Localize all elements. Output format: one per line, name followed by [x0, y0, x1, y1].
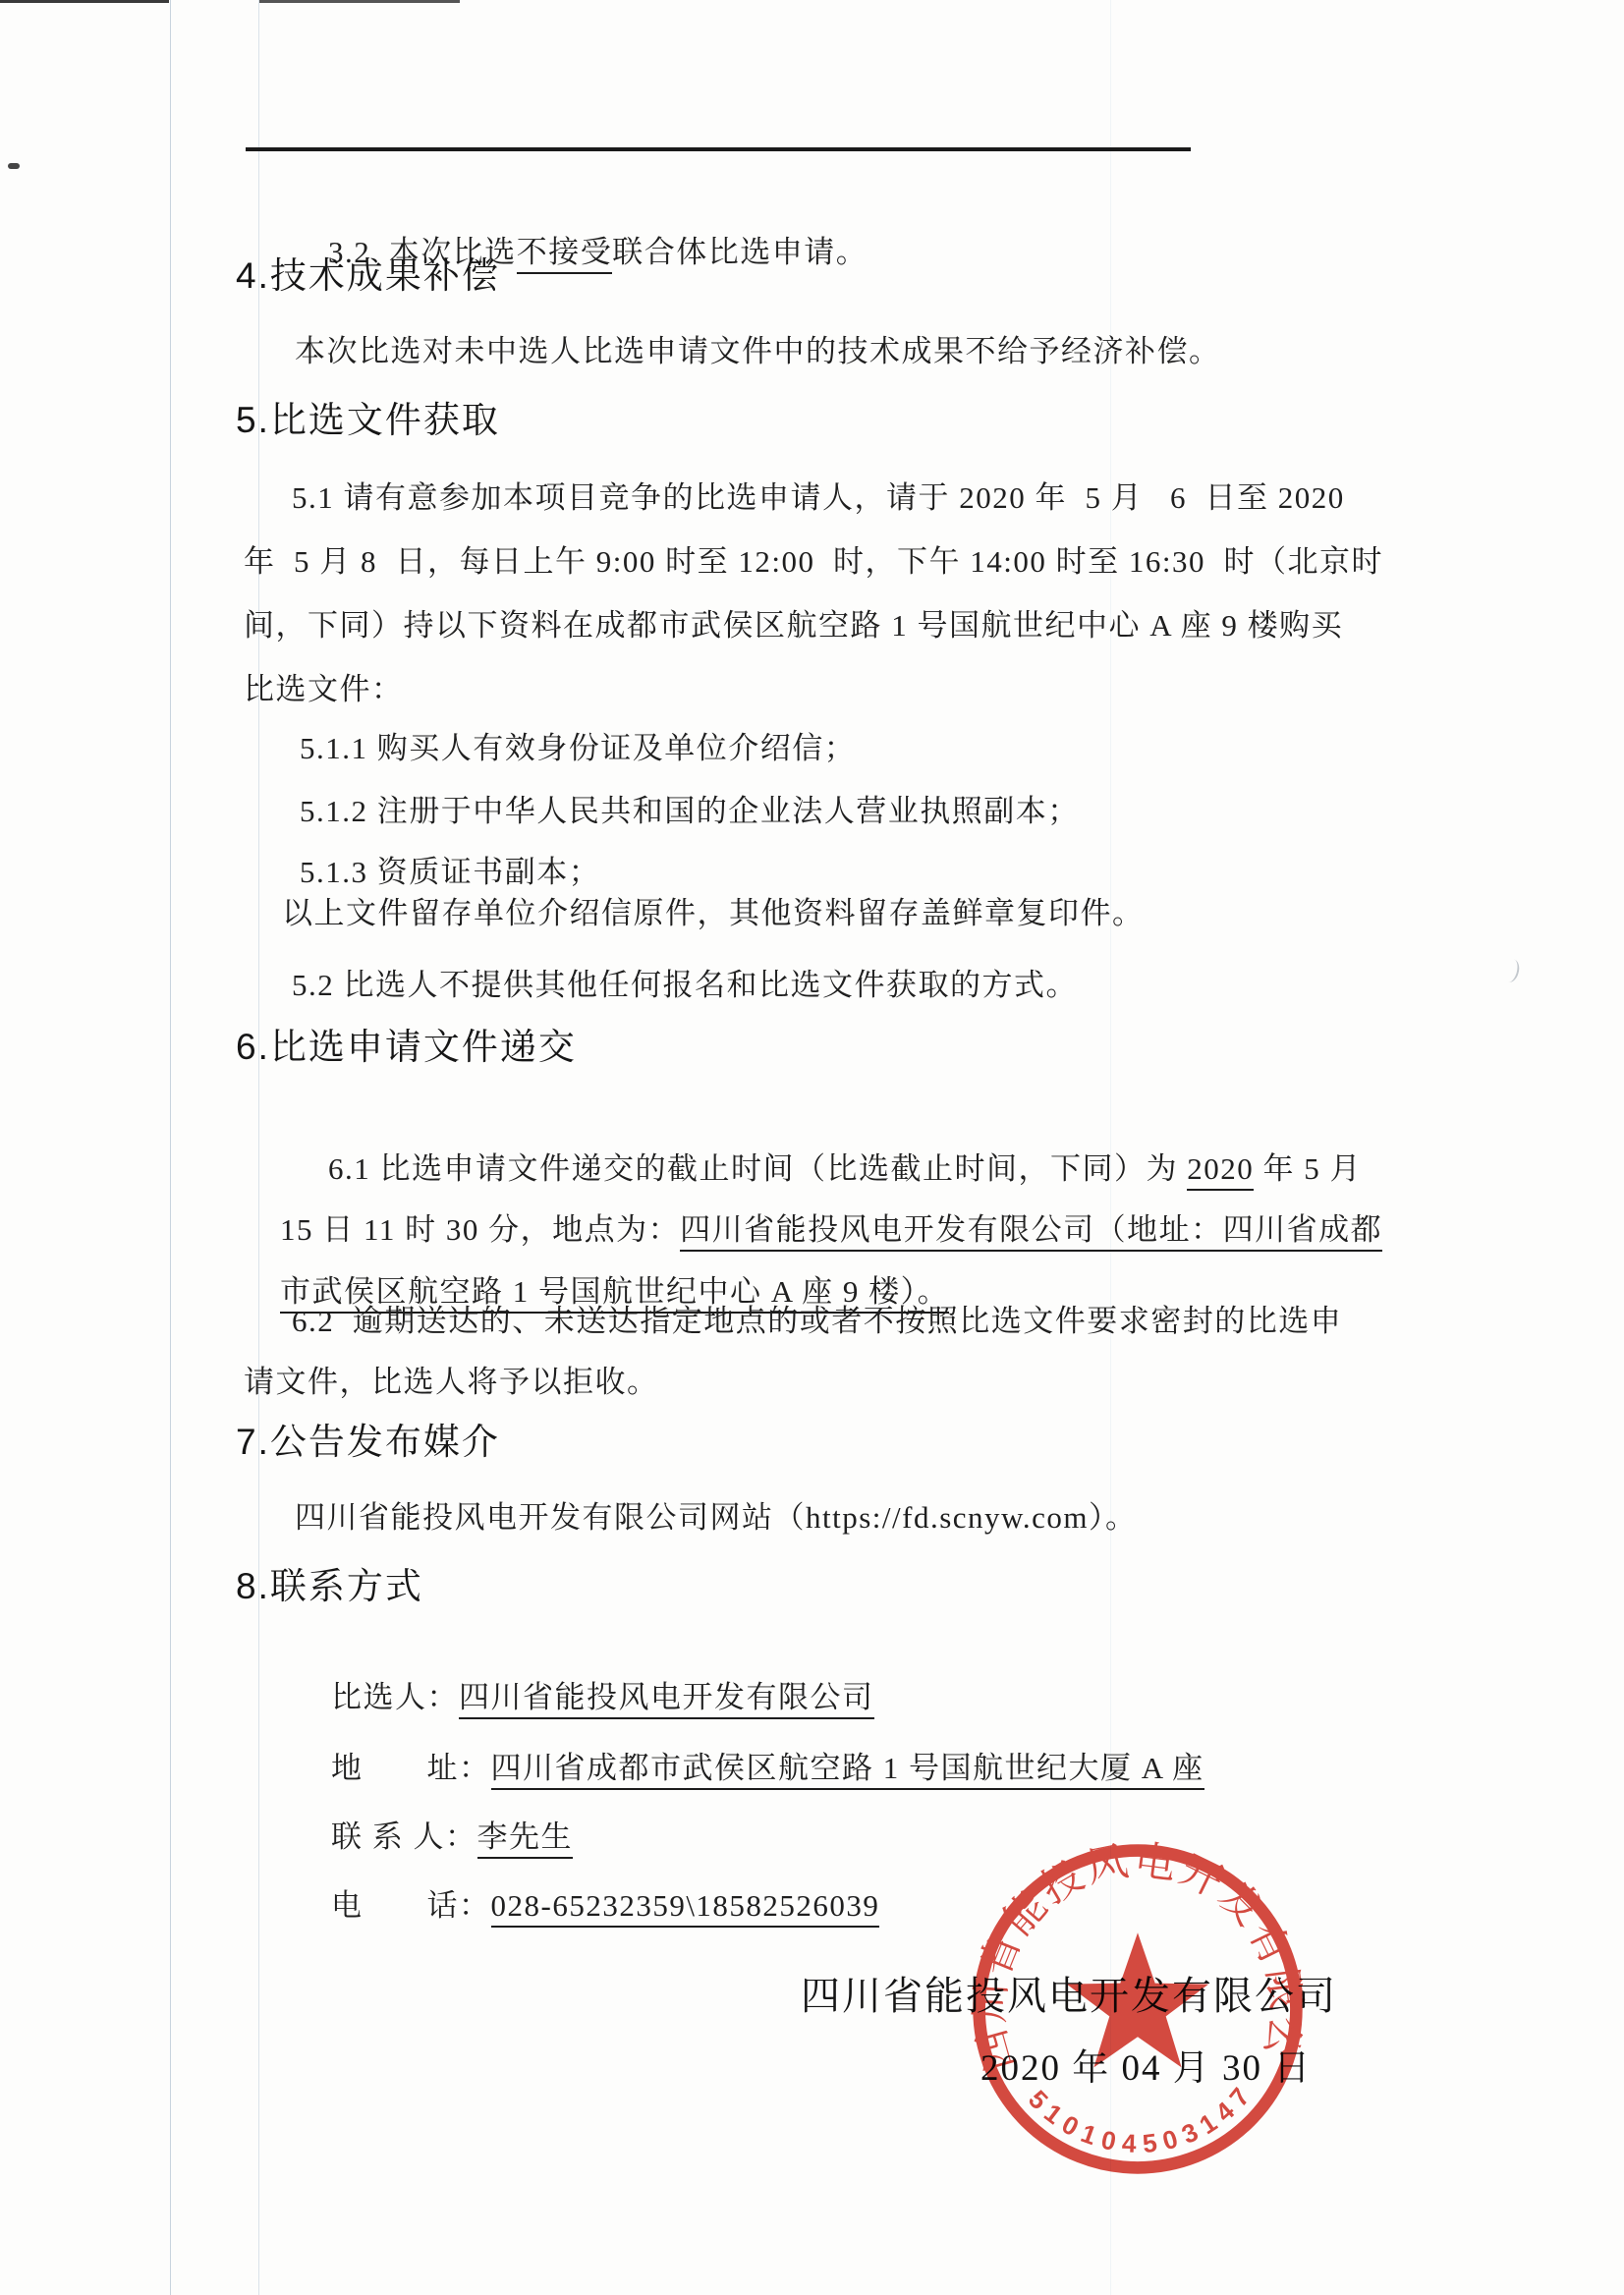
scan-artifact-paren	[1500, 957, 1521, 983]
document-page: 3.2 本次比选不接受联合体比选申请。 4.技术成果补偿 本次比选对未中选人比选…	[0, 0, 1624, 2295]
clause-3-2-post: 联合体比选申请。	[612, 235, 868, 269]
contact-phone-label: 电 话：	[331, 1888, 491, 1923]
section-7-heading: 7.公告发布媒介	[236, 1420, 500, 1465]
clause-6-2-line-2: 请文件，比选人将予以拒收。	[244, 1363, 659, 1402]
clause-5-1-line-1: 5.1 请有意参加本项目竞争的比选申请人，请于 2020 年 5 月 6 日至 …	[292, 478, 1345, 518]
clause-5-1-3: 5.1.3 资质证书副本；	[300, 853, 600, 892]
section-7-paragraph: 四川省能投风电开发有限公司网站（https://fd.scnyw.com）。	[295, 1498, 1138, 1538]
clause-6-2-line-1: 6.2 逾期送达的、未送达指定地点的或者不按照比选文件要求密封的比选申	[292, 1302, 1342, 1341]
clause-5-1-note: 以上文件留存单位介绍信原件，其他资料留存盖鲜章复印件。	[282, 894, 1145, 933]
clause-5-1-2: 5.1.2 注册于中华人民共和国的企业法人营业执照副本；	[300, 792, 1080, 831]
clause-5-1-line-3: 间，下同）持以下资料在成都市武侯区航空路 1 号国航世纪中心 A 座 9 楼购买	[244, 606, 1343, 645]
section-5-heading: 5.比选文件获取	[236, 398, 500, 443]
clause-3-2-underlined: 不接受	[517, 235, 613, 274]
clause-5-1-line-4: 比选文件：	[244, 670, 404, 709]
clause-5-1-line-2: 年 5 月 8 日，每日上午 9:00 时至 12:00 时，下午 14:00 …	[244, 542, 1383, 582]
scan-artifact-top-left	[0, 0, 169, 3]
scan-artifact-vline-1	[170, 0, 171, 2295]
clause-5-2: 5.2 比选人不提供其他任何报名和比选文件获取的方式。	[292, 966, 1078, 1005]
section-6-heading: 6.比选申请文件递交	[236, 1025, 577, 1070]
contact-address-value: 四川省成都市武侯区航空路 1 号国航世纪大厦 A 座	[491, 1751, 1204, 1790]
scan-artifact-vline-2	[258, 0, 259, 2295]
company-seal: 四川省能投风电开发有限公司 5101045031470	[966, 1833, 1310, 2185]
section-4-paragraph: 本次比选对未中选人比选申请文件中的技术成果不给予经济补偿。	[295, 332, 1221, 371]
seal-star	[1067, 1932, 1208, 2067]
scan-artifact-left-tick	[8, 163, 20, 169]
contact-phone-row: 电 话：028-65232359\18582526039	[295, 1847, 879, 1965]
contact-phone-value: 028-65232359\18582526039	[491, 1888, 880, 1928]
scan-artifact-top-mid	[258, 0, 460, 3]
clause-5-1-1: 5.1.1 购买人有效身份证及单位介绍信；	[300, 729, 856, 768]
section-8-heading: 8.联系方式	[236, 1564, 423, 1609]
section-4-heading: 4.技术成果补偿	[236, 253, 500, 299]
header-rule	[246, 147, 1191, 151]
